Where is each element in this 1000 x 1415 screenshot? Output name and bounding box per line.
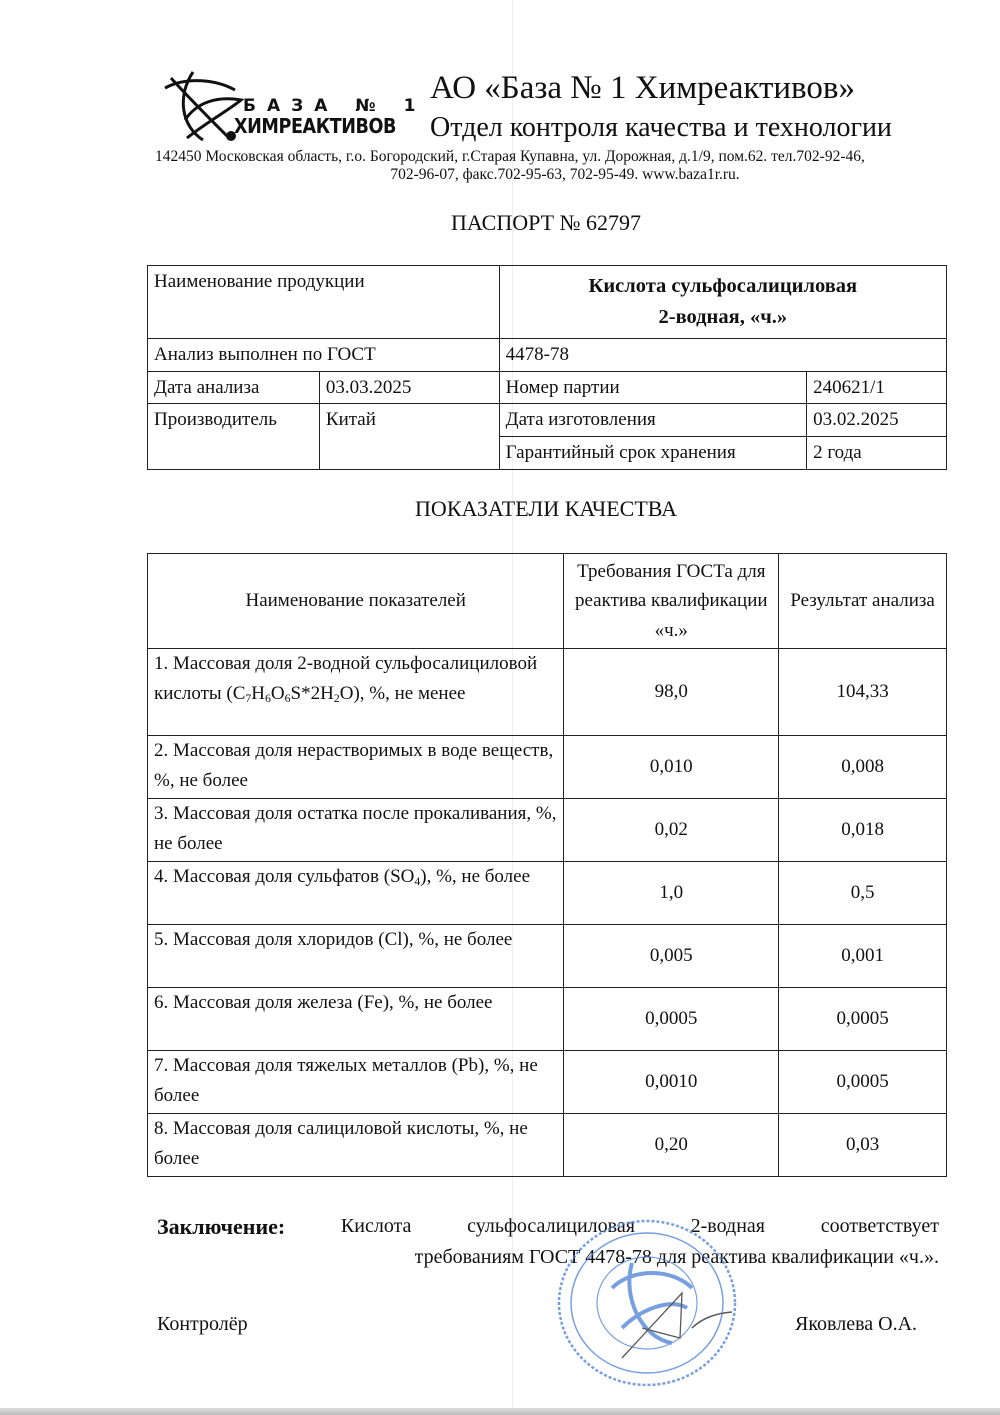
analysis-date-value: 03.03.2025 [319, 371, 499, 404]
manufacturer-label: Производитель [148, 404, 320, 469]
result-value: 0,0005 [779, 988, 947, 1051]
manufacturer-value: Китай [319, 404, 499, 469]
indicator-name: 6. Массовая доля железа (Fe), %, не боле… [148, 988, 564, 1051]
address-line-1: 142450 Московская область, г.о. Богородс… [155, 148, 865, 166]
product-name-value: Кислота сульфосалициловая 2-водная, «ч.» [499, 266, 946, 339]
product-name-line-1: Кислота сульфосалициловая [506, 271, 940, 302]
quality-row: 5. Массовая доля хлоридов (Cl), %, не бо… [148, 925, 947, 988]
company-stamp-icon [552, 1208, 742, 1398]
indicator-name: 4. Массовая доля сульфатов (SO4), %, не … [148, 862, 564, 925]
address-line-2: 702-96-07, факс.702-95-63, 702-95-49. ww… [0, 166, 1000, 184]
result-value: 0,03 [779, 1114, 947, 1177]
department-name: Отдел контроля качества и технологии [430, 112, 892, 144]
result-value: 104,33 [779, 649, 947, 736]
quality-row: 1. Массовая доля 2-водной сульфосалицило… [148, 649, 947, 736]
quality-row: 8. Массовая доля салициловой кислоты, %,… [148, 1114, 947, 1177]
column-header-requirement: Требования ГОСТа для реактива квалификац… [564, 554, 779, 649]
result-value: 0,001 [779, 925, 947, 988]
quality-section-title: ПОКАЗАТЕЛИ КАЧЕСТВА [0, 496, 1000, 522]
company-name: АО «База № 1 Химреактивов» [430, 70, 855, 107]
indicator-name: 5. Массовая доля хлоридов (Cl), %, не бо… [148, 925, 564, 988]
requirement-value: 0,0005 [564, 988, 779, 1051]
requirement-value: 0,02 [564, 799, 779, 862]
controller-role: Контролёр [157, 1313, 248, 1336]
indicator-name: 1. Массовая доля 2-водной сульфосалицило… [148, 649, 564, 736]
requirement-value: 0,20 [564, 1114, 779, 1177]
gost-value: 4478-78 [499, 339, 946, 372]
conclusion-line-2: требованиям ГОСТ 4478-78 для реактива кв… [157, 1243, 939, 1271]
batch-number-label: Номер партии [499, 371, 806, 404]
quality-row: 3. Массовая доля остатка после прокалива… [148, 799, 947, 862]
requirement-value: 0,010 [564, 736, 779, 799]
requirement-value: 0,005 [564, 925, 779, 988]
batch-number-value: 240621/1 [807, 371, 947, 404]
logo-text-khimreaktivov: ХИМРЕАКТИВОВ [234, 114, 396, 138]
quality-row: 4. Массовая доля сульфатов (SO4), %, не … [148, 862, 947, 925]
quality-row: 6. Массовая доля железа (Fe), %, не боле… [148, 988, 947, 1051]
quality-table-body: 1. Массовая доля 2-водной сульфосалицило… [148, 649, 947, 1177]
indicator-name: 2. Массовая доля нерастворимых в воде ве… [148, 736, 564, 799]
column-header-result: Результат анализа [779, 554, 947, 649]
controller-name: Яковлева О.А. [795, 1313, 917, 1336]
result-value: 0,018 [779, 799, 947, 862]
requirement-value: 1,0 [564, 862, 779, 925]
passport-title: ПАСПОРТ № 62797 [0, 210, 1000, 236]
scan-bottom-edge [0, 1408, 1000, 1415]
gost-label: Анализ выполнен по ГОСТ [148, 339, 500, 372]
indicator-name: 8. Массовая доля салициловой кислоты, %,… [148, 1114, 564, 1177]
analysis-date-label: Дата анализа [148, 371, 320, 404]
shelf-life-value: 2 года [807, 436, 947, 469]
quality-indicators-table: Наименование показателей Требования ГОСТ… [147, 553, 947, 1177]
product-name-line-2: 2-водная, «ч.» [506, 302, 940, 333]
product-name-label: Наименование продукции [148, 266, 500, 339]
conclusion-word: соответствует [821, 1212, 939, 1243]
conclusion-line-1: Заключение: Кислотасульфосалициловая2-во… [157, 1212, 939, 1243]
indicator-name: 7. Массовая доля тяжелых металлов (Pb), … [148, 1051, 564, 1114]
result-value: 0,5 [779, 862, 947, 925]
passport-document: БАЗА № 1 ХИМРЕАКТИВОВ АО «База № 1 Химре… [0, 0, 1000, 1415]
result-value: 0,008 [779, 736, 947, 799]
quality-row: 7. Массовая доля тяжелых металлов (Pb), … [148, 1051, 947, 1114]
quality-row: 2. Массовая доля нерастворимых в воде ве… [148, 736, 947, 799]
manufacture-date-value: 03.02.2025 [807, 404, 947, 437]
conclusion-word: Кислота [341, 1212, 412, 1243]
conclusion-label: Заключение: [157, 1212, 285, 1243]
logo-text-baza: БАЗА № 1 [243, 96, 426, 116]
indicator-name: 3. Массовая доля остатка после прокалива… [148, 799, 564, 862]
requirement-value: 98,0 [564, 649, 779, 736]
conclusion-block: Заключение: Кислотасульфосалициловая2-во… [157, 1212, 939, 1271]
manufacture-date-label: Дата изготовления [499, 404, 806, 437]
result-value: 0,0005 [779, 1051, 947, 1114]
requirement-value: 0,0010 [564, 1051, 779, 1114]
product-info-table: Наименование продукции Кислота сульфосал… [147, 265, 947, 470]
column-header-indicator: Наименование показателей [148, 554, 564, 649]
shelf-life-label: Гарантийный срок хранения [499, 436, 806, 469]
